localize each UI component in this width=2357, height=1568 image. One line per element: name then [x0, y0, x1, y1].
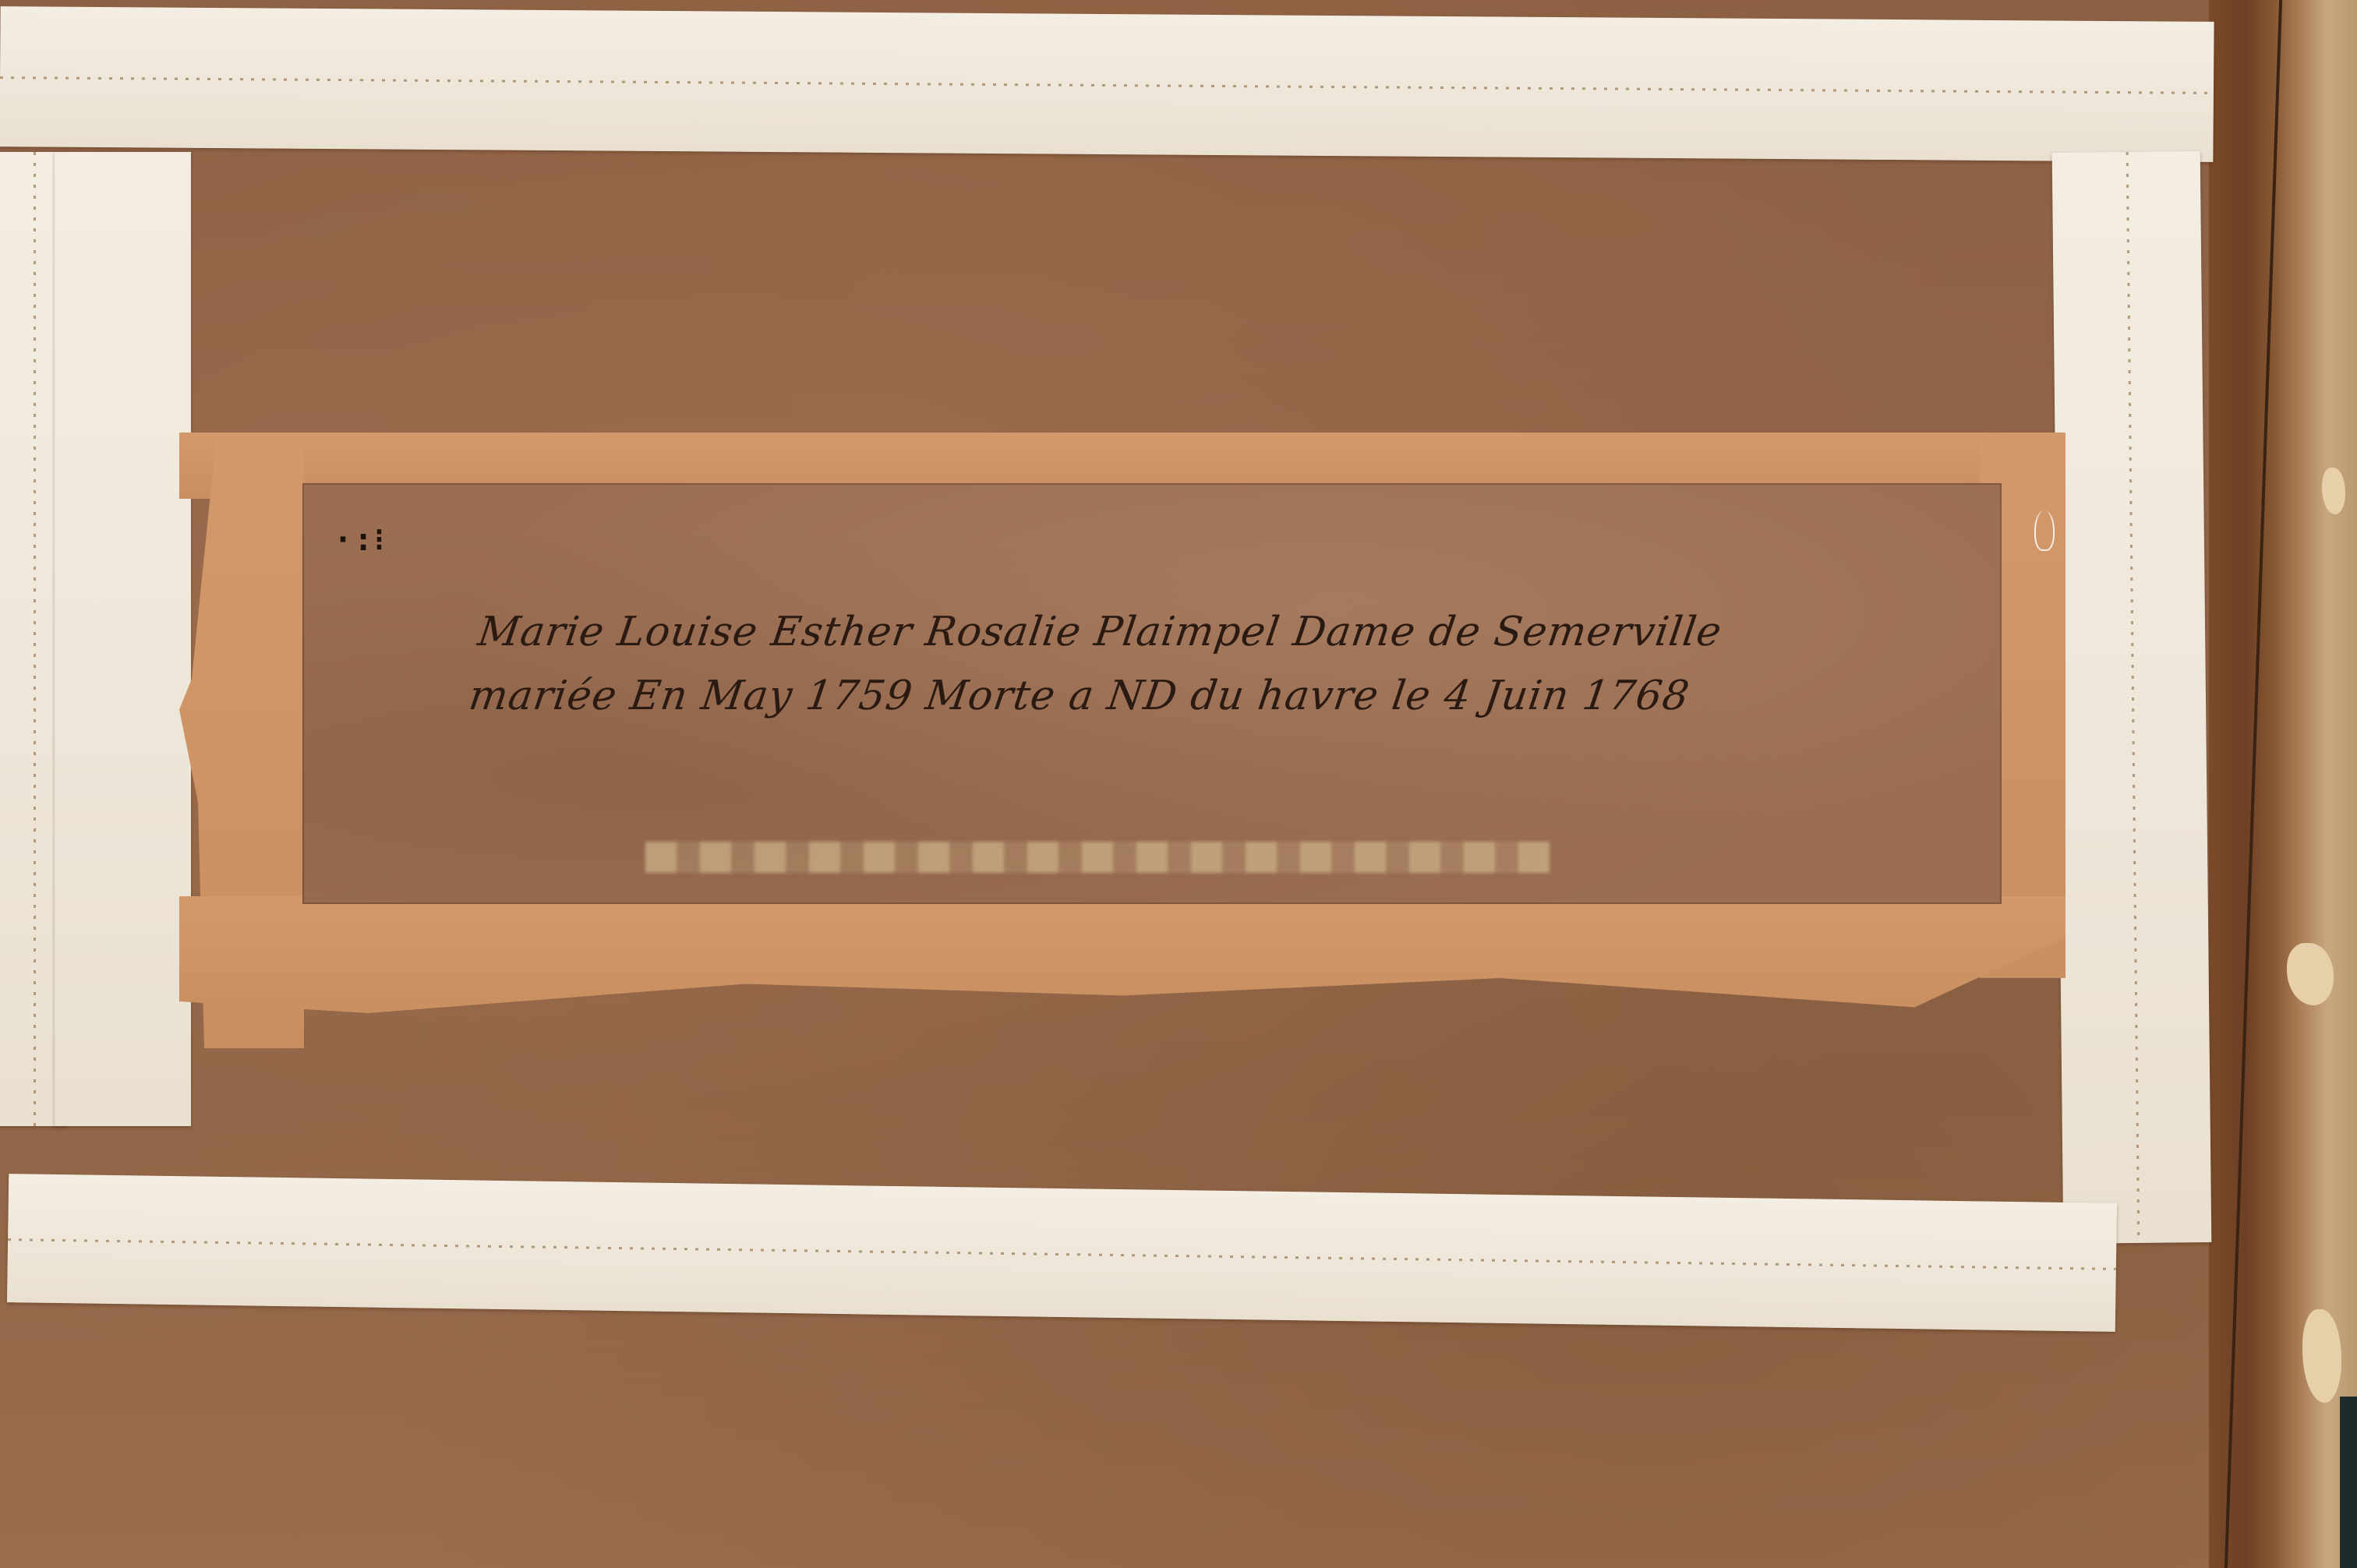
wood-chip — [2287, 943, 2334, 1005]
inscription-line-2: mariée En May 1759 Morte a ND du havre l… — [465, 664, 2002, 728]
kraft-tape-bottom — [179, 896, 2065, 1013]
linen-tape-left — [55, 152, 191, 1126]
linen-tape-right — [2052, 151, 2212, 1244]
frame-crack — [2224, 0, 2282, 1568]
handwritten-inscription: Marie Louise Esther Rosalie Plaimpel Dam… — [465, 600, 2010, 728]
frame-shadow — [2340, 1397, 2357, 1568]
frame-edge — [2209, 0, 2357, 1568]
inscription-window: ·:⁝ Marie Louise Esther Rosalie Plaimpel… — [302, 483, 2002, 904]
adhesive-residue — [645, 842, 1550, 873]
inscription-line-1: Marie Louise Esther Rosalie Plaimpel Dam… — [474, 600, 2011, 664]
linen-tape-top — [0, 6, 2214, 162]
loose-thread — [2034, 510, 2055, 551]
margin-mark: ·:⁝ — [334, 522, 386, 558]
wood-chip — [2322, 468, 2345, 514]
wood-chip — [2302, 1309, 2341, 1403]
